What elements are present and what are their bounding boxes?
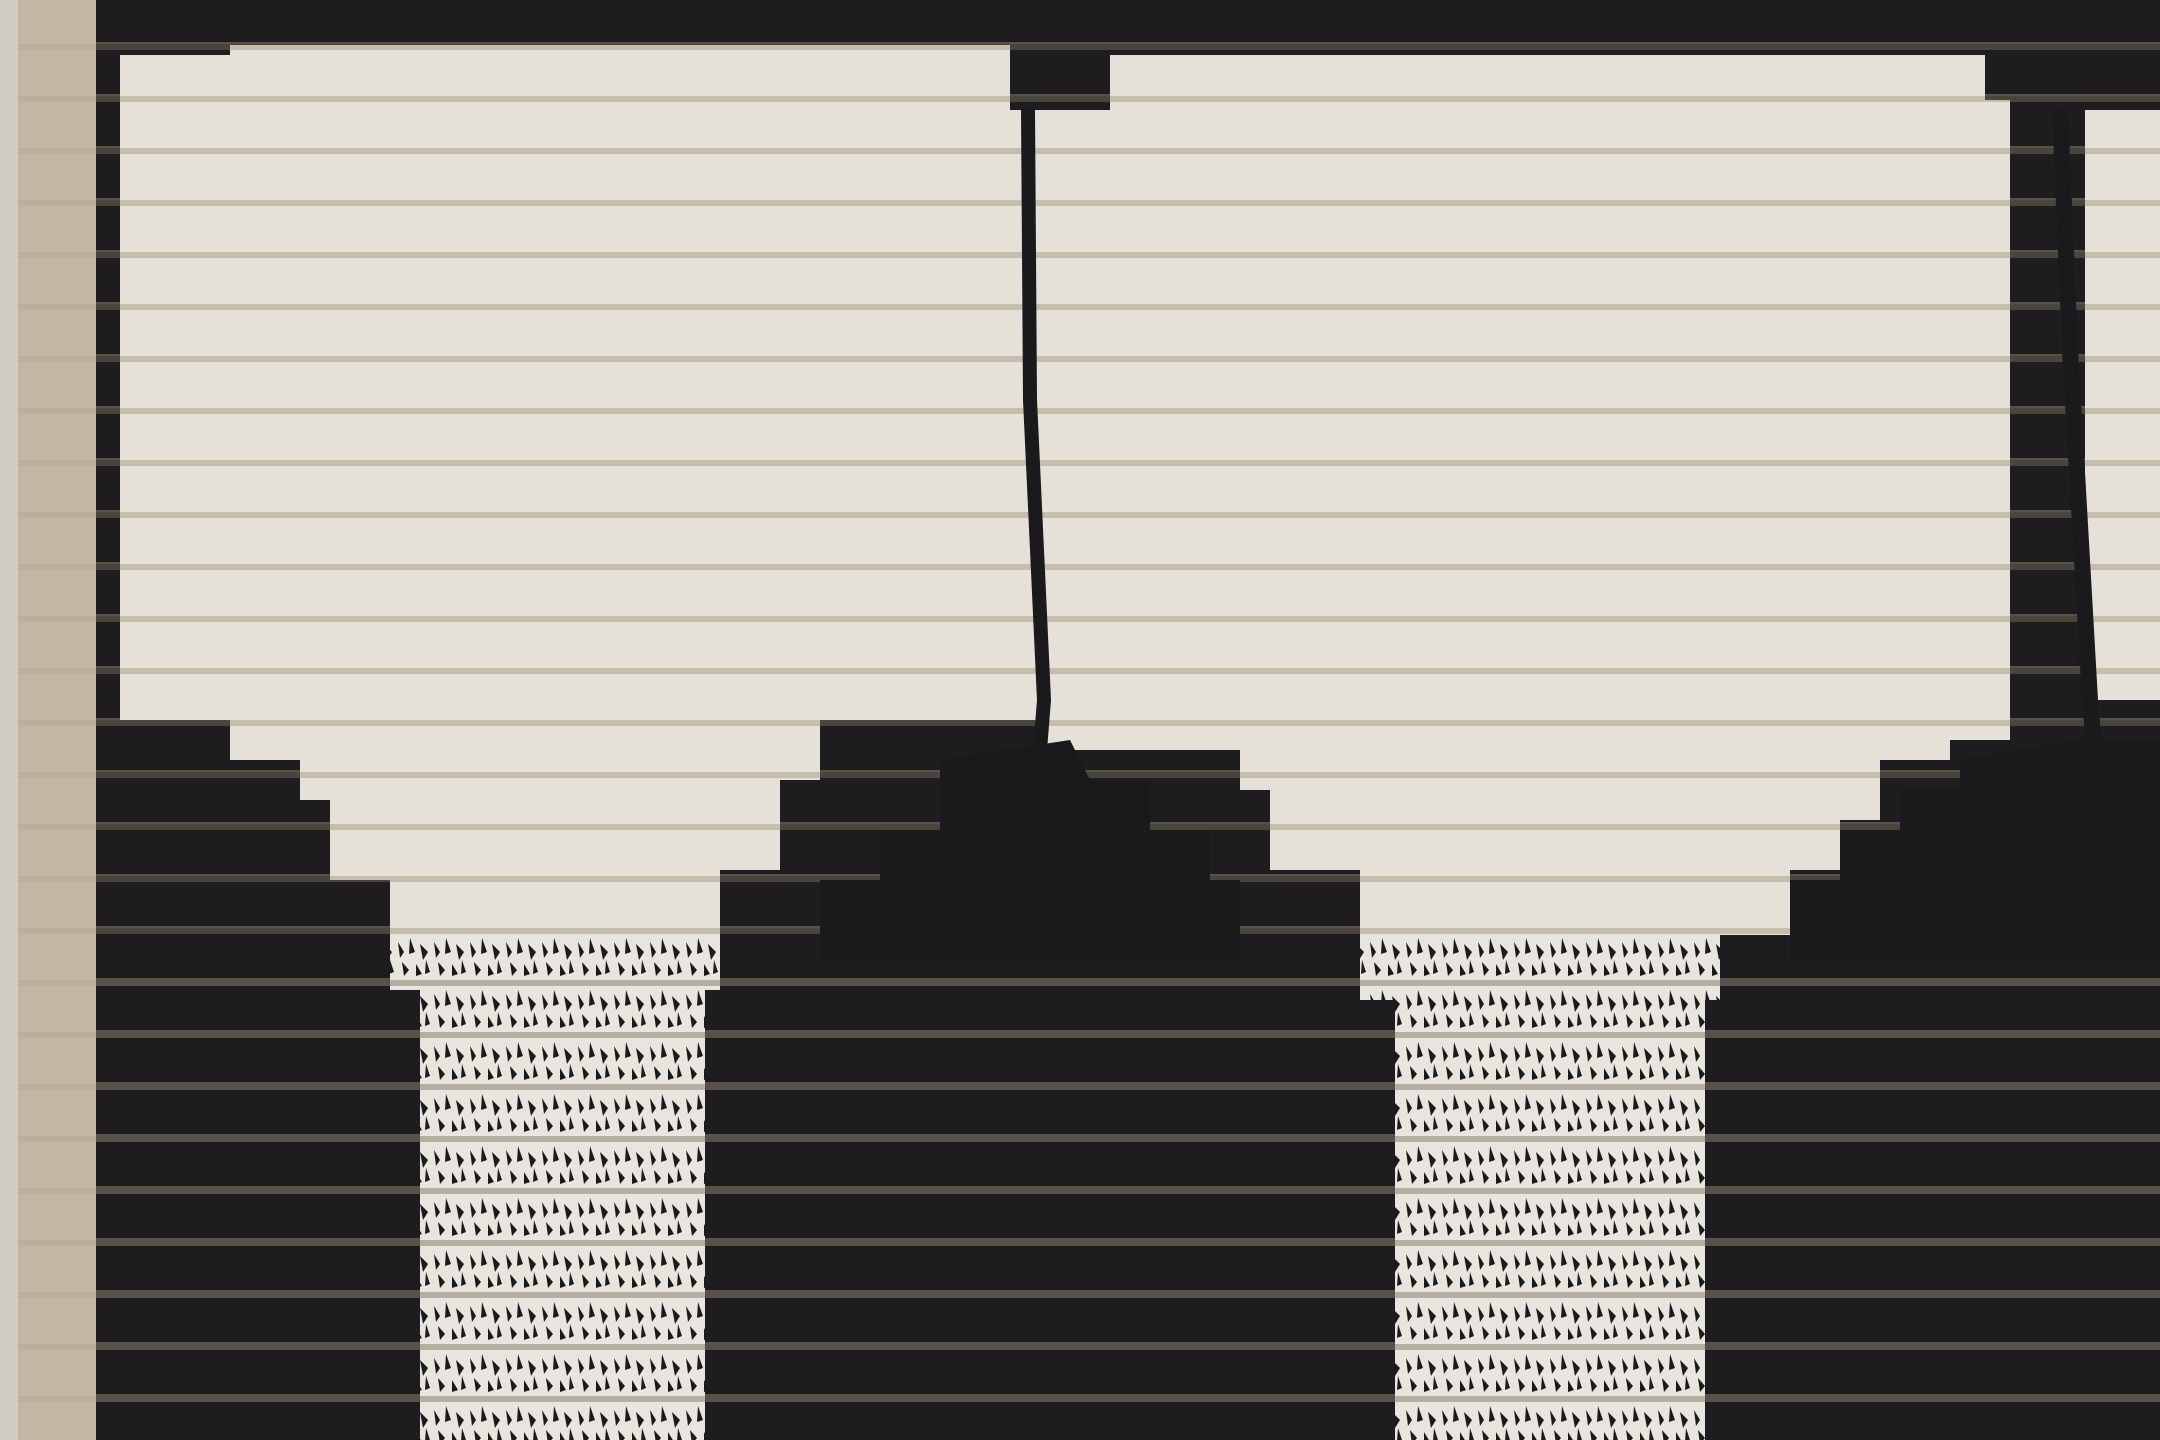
rug-photo xyxy=(0,0,2160,1440)
